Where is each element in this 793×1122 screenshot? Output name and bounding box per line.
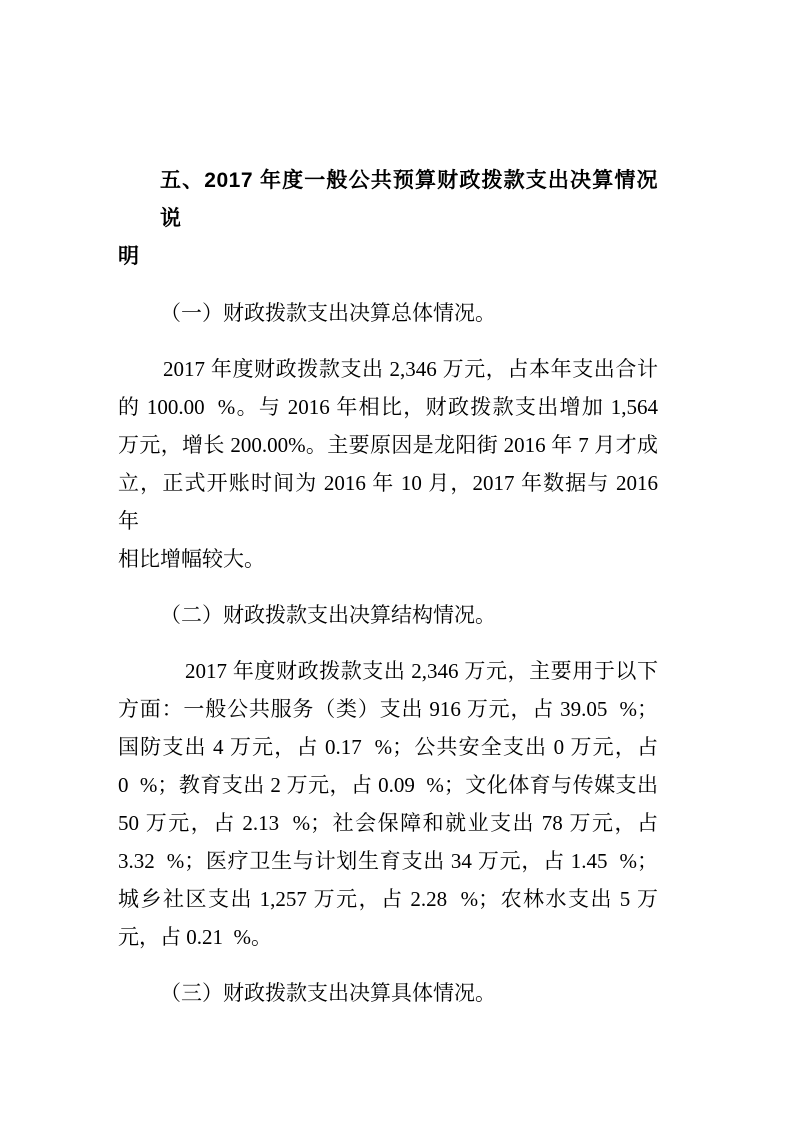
section-2-paragraph-line-2: 方面：一般公共服务（类）支出 916 万元，占 39.05 %； bbox=[118, 690, 658, 728]
document-page: 五、2017 年度一般公共预算财政拨款支出决算情况说 明 （一）财政拨款支出决算… bbox=[0, 0, 793, 1122]
section-1-heading: （一）财政拨款支出决算总体情况。 bbox=[118, 294, 658, 332]
section-2-paragraph-line-4: 0 %；教育支出 2 万元，占 0.09 %；文化体育与传媒支出 bbox=[118, 766, 658, 804]
section-1-paragraph-line-4: 立，正式开账时间为 2016 年 10 月，2017 年数据与 2016 年 bbox=[118, 464, 658, 540]
document-title-line-1: 五、2017 年度一般公共预算财政拨款支出决算情况说 bbox=[118, 162, 658, 238]
section-1-paragraph-line-2: 的 100.00 %。与 2016 年相比，财政拨款支出增加 1,564 bbox=[118, 388, 658, 426]
section-2-paragraph-line-3: 国防支出 4 万元，占 0.17 %；公共安全支出 0 万元，占 bbox=[118, 728, 658, 766]
section-1-paragraph: 2017 年度财政拨款支出 2,346 万元，占本年支出合计 的 100.00 … bbox=[118, 350, 658, 578]
section-1-paragraph-line-1: 2017 年度财政拨款支出 2,346 万元，占本年支出合计 bbox=[118, 350, 658, 388]
section-2-paragraph-line-5: 50 万元，占 2.13 %；社会保障和就业支出 78 万元，占 bbox=[118, 804, 658, 842]
section-3-heading: （三）财政拨款支出决算具体情况。 bbox=[118, 974, 658, 1012]
document-title: 五、2017 年度一般公共预算财政拨款支出决算情况说 明 bbox=[118, 162, 658, 276]
document-title-line-2: 明 bbox=[118, 238, 658, 276]
section-2-paragraph-line-6: 3.32 %；医疗卫生与计划生育支出 34 万元，占 1.45 %； bbox=[118, 842, 658, 880]
section-1-paragraph-line-3: 万元，增长 200.00%。主要原因是龙阳街 2016 年 7 月才成 bbox=[118, 426, 658, 464]
section-1-paragraph-line-5: 相比增幅较大。 bbox=[118, 540, 658, 578]
section-2-paragraph: 2017 年度财政拨款支出 2,346 万元，主要用于以下 方面：一般公共服务（… bbox=[118, 652, 658, 956]
section-2-paragraph-line-1: 2017 年度财政拨款支出 2,346 万元，主要用于以下 bbox=[118, 652, 658, 690]
section-2-heading: （二）财政拨款支出决算结构情况。 bbox=[118, 596, 658, 634]
section-2-paragraph-line-8: 元，占 0.21 %。 bbox=[118, 918, 658, 956]
section-2-paragraph-line-7: 城乡社区支出 1,257 万元，占 2.28 %；农林水支出 5 万 bbox=[118, 880, 658, 918]
document-content: 五、2017 年度一般公共预算财政拨款支出决算情况说 明 （一）财政拨款支出决算… bbox=[118, 0, 658, 1012]
